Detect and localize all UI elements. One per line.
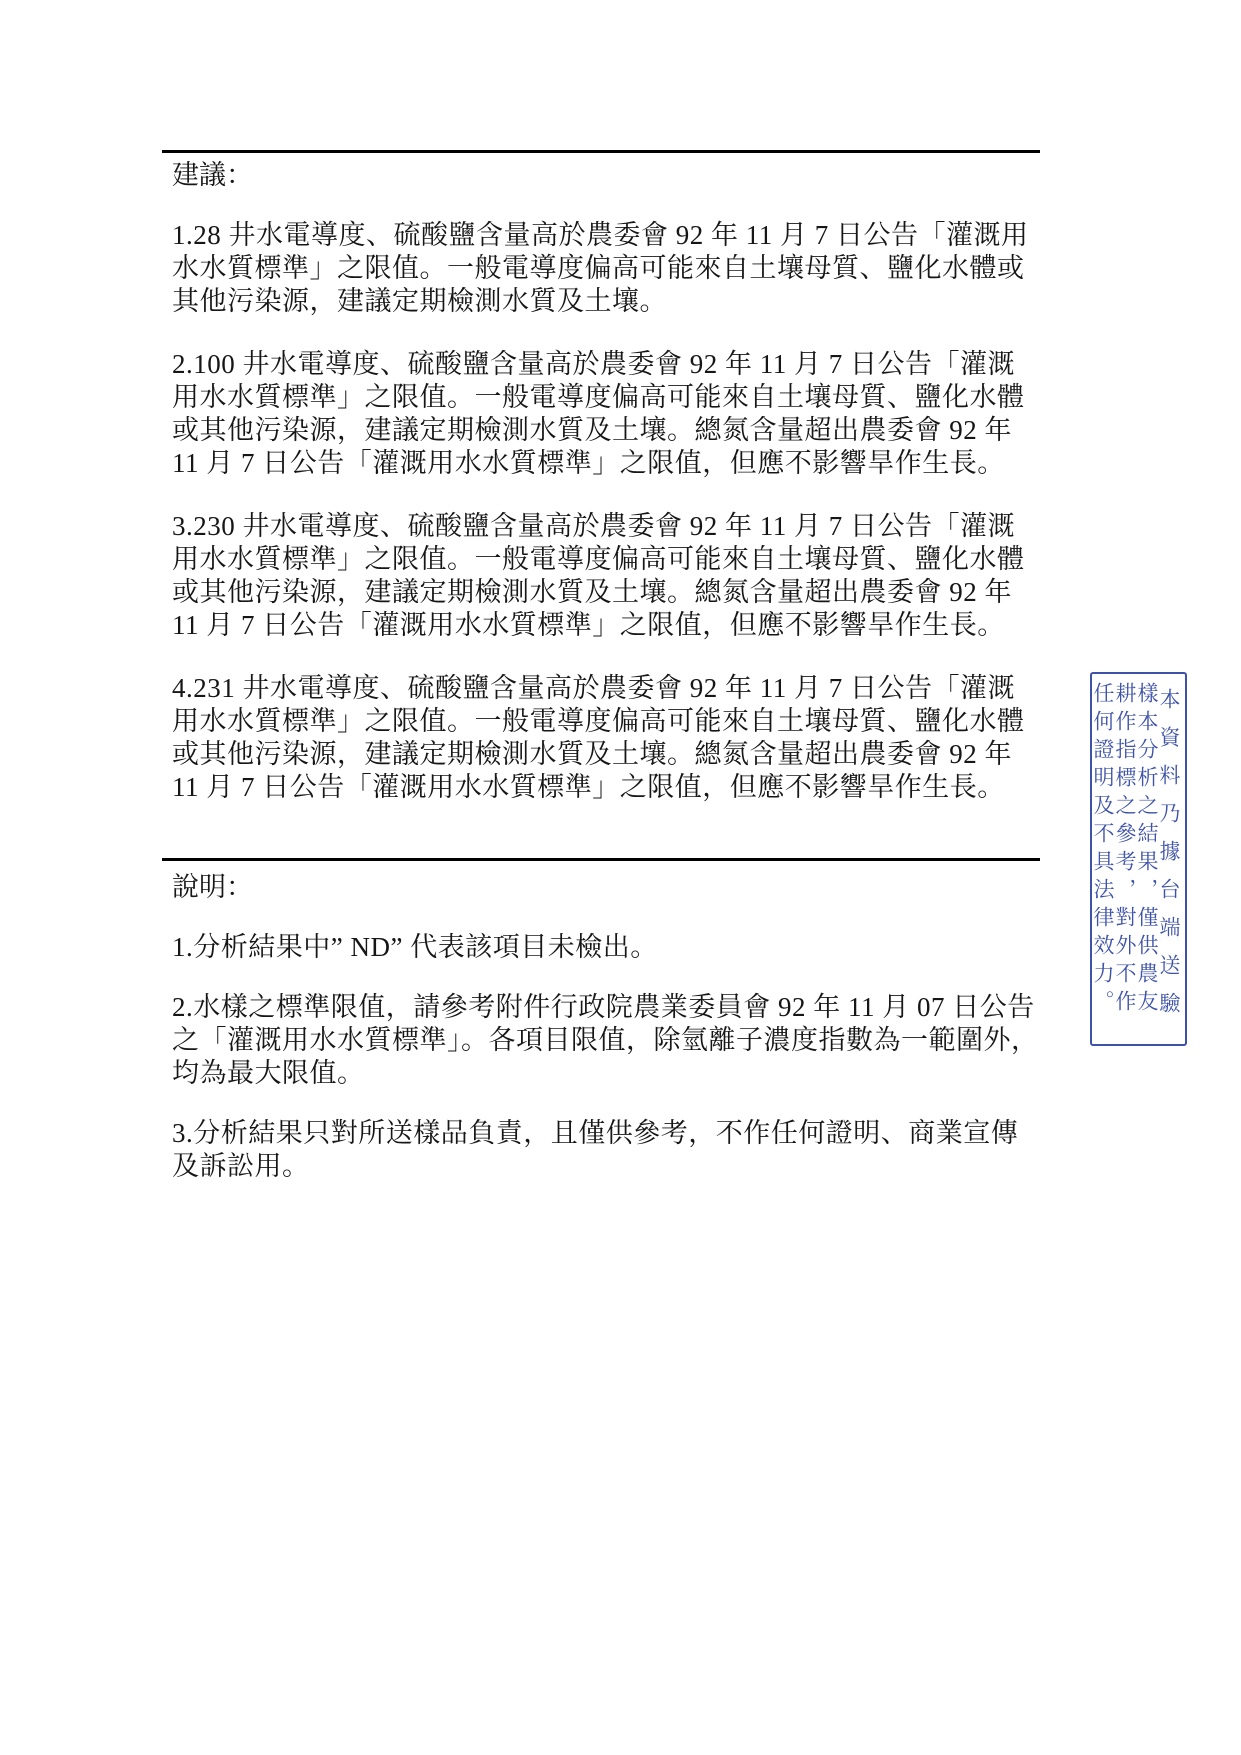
notes-section: 說明： 1.分析結果中” ND” 代表該項目未檢出。 2.水樣之標準限值，請參考… [172, 871, 1040, 1183]
disclaimer-stamp: 本資料乃據台端送驗 樣本分析之結果，僅供農友 耕作指標之參考，對外不作 任何證明… [1090, 672, 1187, 1046]
stamp-column-1: 本資料乃據台端送驗 [1158, 682, 1180, 1036]
notes-header: 說明： [172, 871, 1040, 904]
stamp-column-2: 樣本分析之結果，僅供農友 [1136, 682, 1158, 1036]
document-content: 建議： 1.28 井水電導度、硫酸鹽含量高於農委會 92 年 11 月 7 日公… [172, 150, 1040, 1210]
note-item-3: 3.分析結果只對所送樣品負責，且僅供參考，不作任何證明、商業宣傳及訴訟用。 [172, 1117, 1040, 1183]
notes-divider [162, 858, 1040, 861]
suggestion-item-2: 2.100 井水電導度、硫酸鹽含量高於農委會 92 年 11 月 7 日公告「灌… [172, 348, 1040, 480]
suggestion-item-3: 3.230 井水電導度、硫酸鹽含量高於農委會 92 年 11 月 7 日公告「灌… [172, 510, 1040, 642]
stamp-column-4: 任何證明及不具法律效力。 [1092, 682, 1114, 1036]
suggestions-divider [162, 150, 1040, 153]
note-item-1: 1.分析結果中” ND” 代表該項目未檢出。 [172, 931, 1040, 964]
note-item-2: 2.水樣之標準限值，請參考附件行政院農業委員會 92 年 11 月 07 日公告… [172, 991, 1040, 1090]
suggestion-item-1: 1.28 井水電導度、硫酸鹽含量高於農委會 92 年 11 月 7 日公告「灌溉… [172, 219, 1040, 318]
suggestions-section: 建議： 1.28 井水電導度、硫酸鹽含量高於農委會 92 年 11 月 7 日公… [172, 159, 1040, 804]
stamp-column-3: 耕作指標之參考，對外不作 [1114, 682, 1136, 1036]
suggestion-item-4: 4.231 井水電導度、硫酸鹽含量高於農委會 92 年 11 月 7 日公告「灌… [172, 672, 1040, 804]
document-page: 建議： 1.28 井水電導度、硫酸鹽含量高於農委會 92 年 11 月 7 日公… [0, 0, 1241, 1755]
suggestions-header: 建議： [172, 159, 1040, 192]
